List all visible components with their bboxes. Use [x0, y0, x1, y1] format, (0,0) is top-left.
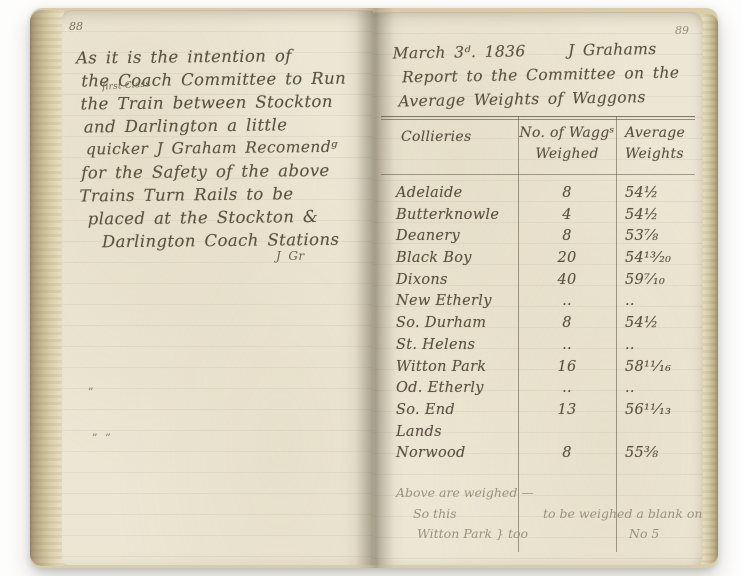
stray-ink-mark: „ „ — [92, 425, 113, 438]
average-weight: 54½ — [616, 315, 703, 337]
average-weight: 53⅞ — [616, 228, 703, 250]
average-weight: 54¹³⁄₂₀ — [616, 250, 703, 272]
table-row: Deanery 8 53⅞ — [373, 228, 703, 250]
pencil-note-left: Witton Park } too — [417, 526, 528, 541]
column-header-line: Weighed — [519, 144, 615, 165]
average-weight — [616, 424, 703, 446]
average-weight: 54½ — [616, 185, 703, 207]
average-weight: 54½ — [616, 207, 703, 229]
left-page-edges — [30, 10, 64, 566]
average-weight: 59⁷⁄₁₀ — [616, 272, 703, 294]
colliery-weights-table: Adelaide 8 54½ Butterknowle 4 54½ Deaner… — [373, 185, 703, 467]
average-weight: .. — [616, 337, 703, 359]
waggons-weighed: .. — [518, 293, 616, 315]
pencil-note-line: Witton Park } too No 5 — [417, 526, 703, 541]
average-weight: .. — [616, 293, 703, 315]
manuscript-line: for the Safety of the above — [77, 158, 367, 184]
manuscript-line: As it is the intention of — [76, 43, 366, 69]
table-row: Norwood 8 55⅜ — [373, 445, 703, 467]
table-row: Od. Etherly .. .. — [373, 380, 703, 402]
waggons-weighed: 4 — [518, 207, 616, 229]
colliery-name: So. Durham — [373, 315, 518, 337]
colliery-name: Norwood — [373, 445, 518, 467]
pencil-note-line: Above are weighed — — [396, 485, 534, 500]
manuscript-line: the Train between Stockton — [76, 89, 366, 115]
open-notebook: 88 As it is the intention of the Coach C… — [30, 8, 718, 568]
manuscript-line: placed at the Stockton & — [78, 204, 368, 230]
clerk-initials: J Gr — [276, 249, 305, 263]
right-page-number: 89 — [675, 24, 689, 37]
colliery-name: New Etherly — [373, 293, 518, 315]
column-header-waggons-weighed: No. of Waggˢ Weighed — [519, 123, 615, 165]
colliery-name: Od. Etherly — [373, 380, 518, 402]
manuscript-line: Trains Turn Rails to be — [77, 181, 367, 207]
table-top-rule-double — [381, 119, 695, 120]
report-author: J Grahams — [568, 37, 657, 63]
report-heading-line: Average Weights of Waggons — [373, 84, 703, 114]
waggons-weighed: 13 — [518, 402, 616, 424]
average-weight: 55⅜ — [616, 445, 703, 467]
colliery-name: So. End — [373, 402, 518, 424]
table-row: Adelaide 8 54½ — [373, 185, 703, 207]
table-header-rule — [381, 174, 695, 175]
waggons-weighed: 40 — [518, 272, 616, 294]
waggons-weighed: 8 — [518, 315, 616, 337]
colliery-name: St. Helens — [373, 337, 518, 359]
colliery-name: Witton Park — [373, 359, 518, 381]
colliery-name: Lands — [373, 424, 518, 446]
table-row: New Etherly .. .. — [373, 293, 703, 315]
average-weight: 56¹¹⁄₁₃ — [616, 402, 703, 424]
colliery-name: Dixons — [373, 272, 518, 294]
waggons-weighed: .. — [518, 337, 616, 359]
pencil-note-left: So this — [413, 506, 457, 521]
waggons-weighed: .. — [518, 380, 616, 402]
colliery-name: Butterknowle — [373, 207, 518, 229]
colliery-name: Black Boy — [373, 250, 518, 272]
waggons-weighed: 8 — [518, 445, 616, 467]
column-header-collieries: Collieries — [401, 129, 472, 145]
waggons-weighed — [518, 424, 616, 446]
right-page-edges — [701, 14, 718, 564]
waggons-weighed: 8 — [518, 185, 616, 207]
table-row: So. End 13 56¹¹⁄₁₃ — [373, 402, 703, 424]
table-row: Witton Park 16 58¹¹⁄₁₆ — [373, 359, 703, 381]
pencil-note-line: So this to be weighed a blank on — [413, 506, 703, 521]
manuscript-line: Darlington Coach Stations — [78, 227, 368, 253]
right-page: 89 March 3ᵈ. 1836 J Grahams Report to th… — [373, 12, 703, 565]
colliery-name: Adelaide — [373, 185, 518, 207]
average-weight: .. — [616, 380, 703, 402]
column-header-line: Weights — [625, 144, 685, 165]
manuscript-text-block: As it is the intention of the Coach Comm… — [76, 43, 368, 253]
report-date: March 3ᵈ. 1836 — [392, 42, 525, 62]
table-row: Dixons 40 59⁷⁄₁₀ — [373, 272, 703, 294]
report-heading: March 3ᵈ. 1836 J Grahams Report to the C… — [372, 36, 703, 114]
table-row: St. Helens .. .. — [373, 337, 703, 359]
pencil-note-right: No 5 — [629, 526, 659, 541]
manuscript-line: and Darlington a little — [77, 112, 367, 138]
left-page: 88 As it is the intention of the Coach C… — [62, 10, 373, 565]
waggons-weighed: 20 — [518, 250, 616, 272]
waggons-weighed: 8 — [518, 228, 616, 250]
column-header-line: Average — [625, 123, 685, 144]
left-page-number: 88 — [69, 20, 83, 33]
colliery-name: Deanery — [373, 228, 518, 250]
table-row: Butterknowle 4 54½ — [373, 207, 703, 229]
column-header-line: No. of Waggˢ — [519, 123, 615, 144]
table-row: So. Durham 8 54½ — [373, 315, 703, 337]
column-header-average-weights: Average Weights — [625, 123, 685, 165]
table-row: Lands — [373, 424, 703, 446]
manuscript-line: quicker J Graham Recomendᵍ — [77, 135, 367, 161]
average-weight: 58¹¹⁄₁₆ — [616, 359, 703, 381]
pencil-note-right: to be weighed a blank on — [543, 506, 702, 521]
stray-ink-mark: „ — [88, 379, 96, 392]
table-row: Black Boy 20 54¹³⁄₂₀ — [373, 250, 703, 272]
waggons-weighed: 16 — [518, 359, 616, 381]
table-top-rule — [381, 116, 695, 117]
